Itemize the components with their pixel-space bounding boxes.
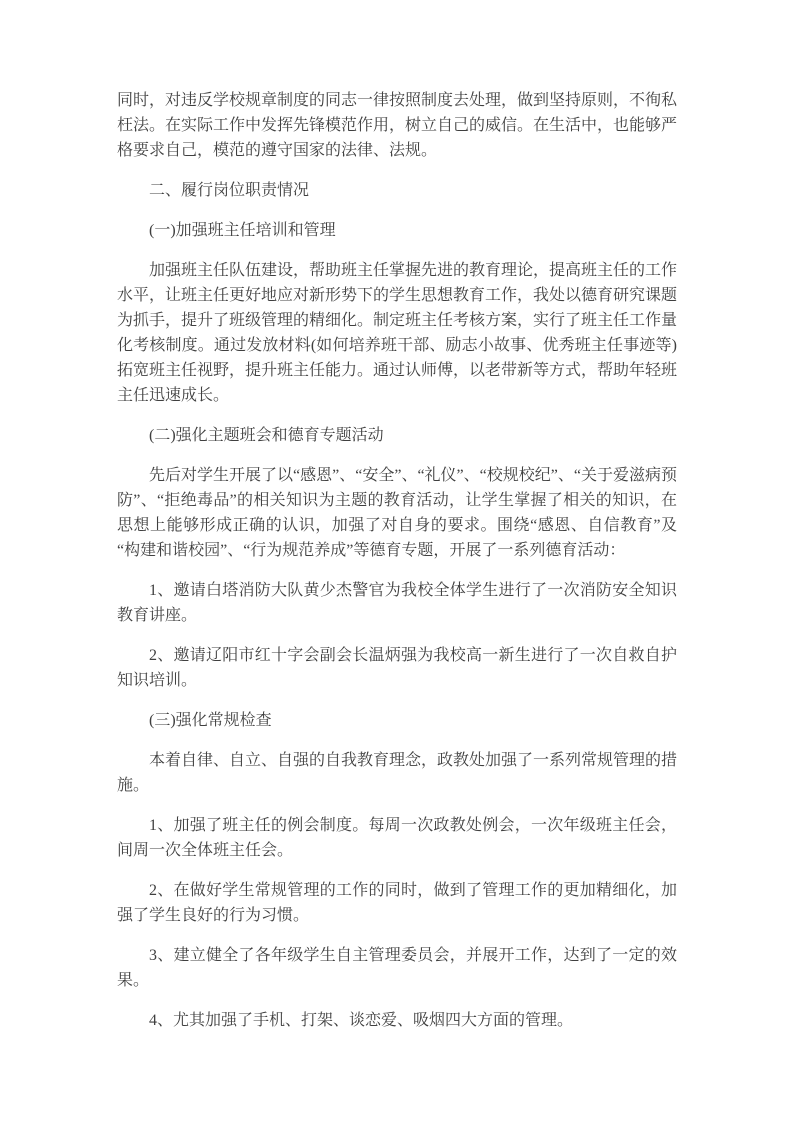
list-item-self-management-committee: 3、建立健全了各年级学生自主管理委员会，并展开工作，达到了一定的效果。 [117, 943, 677, 993]
heading-theme-class-meetings: (二)强化主题班会和德育专题活动 [117, 423, 677, 448]
paragraph-intro-continued: 同时，对违反学校规章制度的同志一律按照制度去处理，做到坚持原则，不徇私枉法。在实… [117, 88, 677, 163]
list-item-meeting-system: 1、加强了班主任的例会制度。每周一次政教处例会，一次年级班主任会，间周一次全体班… [117, 813, 677, 863]
heading-duty-performance: 二、履行岗位职责情况 [117, 178, 677, 203]
list-item-four-aspects-management: 4、尤其加强了手机、打架、谈恋爱、吸烟四大方面的管理。 [117, 1008, 677, 1033]
paragraph-theme-activities: 先后对学生开展了以“感恩”、“安全”、“礼仪”、“校规校纪”、“关于爱滋病预防”… [117, 463, 677, 563]
list-item-refined-management: 2、在做好学生常规管理的工作的同时，做到了管理工作的更加精细化，加强了学生良好的… [117, 878, 677, 928]
paragraph-training-detail: 加强班主任队伍建设，帮助班主任掌握先进的教育理论，提高班主任的工作水平，让班主任… [117, 258, 677, 408]
heading-strengthen-training: (一)加强班主任培训和管理 [117, 218, 677, 243]
paragraph-self-discipline: 本着自律、自立、自强的自我教育理念，政教处加强了一系列常规管理的措施。 [117, 748, 677, 798]
document-page: 同时，对违反学校规章制度的同志一律按照制度去处理，做到坚持原则，不徇私枉法。在实… [0, 0, 793, 1122]
list-item-fire-safety-lecture: 1、邀请白塔消防大队黄少杰警官为我校全体学生进行了一次消防安全知识教育讲座。 [117, 578, 677, 628]
list-item-self-rescue-training: 2、邀请辽阳市红十字会副会长温炳强为我校高一新生进行了一次自救自护知识培训。 [117, 643, 677, 693]
heading-routine-inspection: (三)强化常规检查 [117, 708, 677, 733]
